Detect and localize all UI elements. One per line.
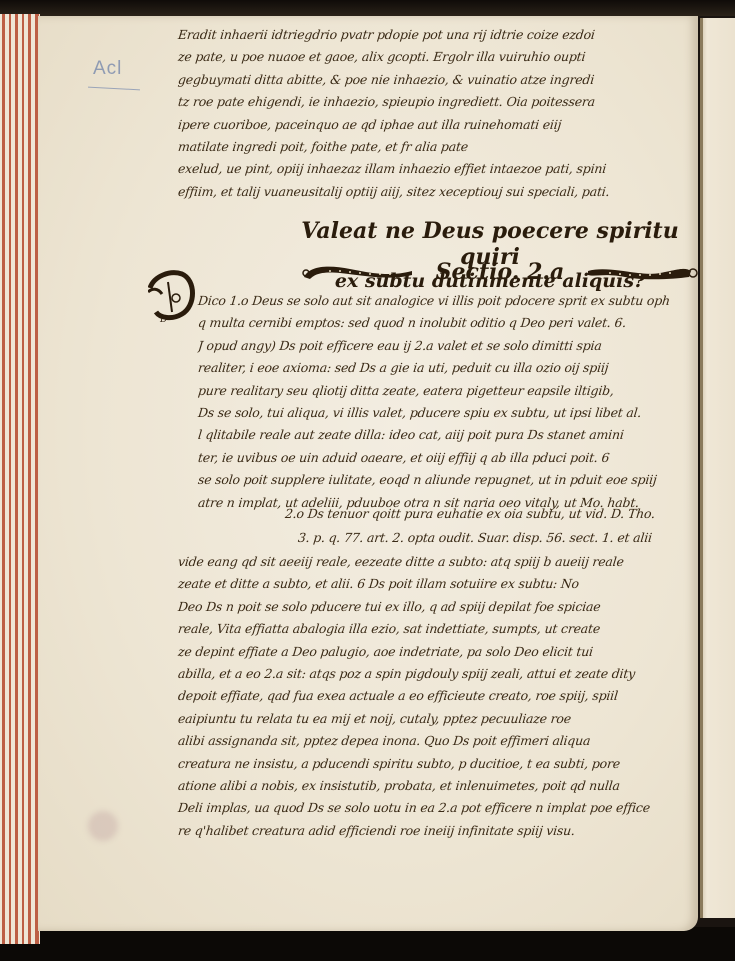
text-line: J opud angy) Ds poit efficere eau ij 2.a… [197, 335, 689, 357]
text-line: matilate ingredi poit, foithe pate, et f… [177, 136, 689, 158]
decorated-initial-d-icon: D [148, 268, 198, 324]
reference-line: 3. p. q. 77. art. 2. opta oudit. Suar. d… [298, 527, 690, 549]
text-line: gegbuymati ditta abitte, & poe nie inhae… [177, 69, 689, 91]
text-line: reale, Vita effiatta abalogia illa ezio,… [177, 618, 689, 640]
text-line: ze pate, u poe nuaoe et gaoe, alix gcopt… [177, 46, 689, 68]
section-header: Sectio. 2.a [300, 258, 700, 286]
top-paragraph: Eradit inhaerii idtriegdrio pvatr pdopie… [178, 24, 688, 203]
pencil-shelfmark: Acl [93, 58, 122, 80]
text-line: Eradit inhaerii idtriegdrio pvatr pdopie… [177, 24, 689, 46]
page-gutter [700, 18, 703, 918]
text-line: l qlitabile reale aut zeate dilla: ideo … [197, 424, 689, 446]
page-edge-line [9, 14, 11, 944]
conclusion-2: 2.o Ds tenuor qoitt pura euhatie ex oia … [285, 503, 690, 525]
scan-background-top [0, 0, 735, 16]
text-line: creatura ne insistu, a pducendi spiritu … [177, 753, 689, 775]
page-edge-line [22, 14, 24, 944]
text-line: 2.o Ds tenuor qoitt pura euhatie ex oia … [284, 503, 691, 525]
text-line: re q'halibet creatura adid efficiendi ro… [177, 820, 689, 842]
section-label: Sectio. 2.a [436, 259, 565, 285]
paper-stain [88, 811, 118, 841]
text-line: Ds se solo, tui aliqua, vi illis valet, … [197, 402, 689, 424]
facing-page-edge [700, 18, 735, 918]
page-edge-line [15, 14, 18, 944]
page-edge-line [28, 14, 31, 944]
initial-small-text: D [159, 315, 167, 324]
text-line: realiter, i eoe axioma: sed Ds a gie ia … [197, 357, 689, 379]
page-edge-line [2, 14, 5, 944]
text-line: pure realitary seu qliotij ditta zeate, … [197, 380, 689, 402]
text-line: effiim, et talij vuaneusitalij optiij ai… [177, 181, 689, 203]
left-flourish-icon [300, 263, 415, 281]
text-line: Deo Ds n poit se solo pducere tui ex ill… [177, 596, 689, 618]
text-line: atione alibi a nobis, ex insistutib, pro… [177, 775, 689, 797]
text-line: Dico 1.o Deus se solo aut sit analogice … [197, 290, 689, 312]
text-line: ipere cuoriboe, paceinquo ae qd iphae au… [177, 114, 689, 136]
text-line: alibi assignanda sit, pptez depea inona.… [177, 730, 689, 752]
text-line: ter, ie uvibus oe uin aduid oaeare, et o… [197, 447, 689, 469]
body-paragraph-1: Dico 1.o Deus se solo aut sit analogice … [198, 290, 688, 514]
text-line: se solo poit supplere iulitate, eoqd n a… [197, 469, 689, 491]
right-flourish-icon [585, 263, 700, 281]
text-line: eaipiuntu tu relata tu ea mij et noij, c… [177, 708, 689, 730]
text-line: vide eang qd sit aeeiij reale, eezeate d… [177, 551, 689, 573]
text-line: tz roe pate ehigendi, ie inhaezio, spieu… [177, 91, 689, 113]
text-line: 3. p. q. 77. art. 2. opta oudit. Suar. d… [297, 527, 691, 549]
pencil-underline [88, 87, 140, 91]
text-line: exelud, ue pint, opiij inhaezaz illam in… [177, 158, 689, 180]
body-paragraph-2: vide eang qd sit aeeiij reale, eezeate d… [178, 551, 688, 842]
text-line: zeate et ditte a subto, et alii. 6 Ds po… [177, 573, 689, 595]
text-line: depoit effiate, qad fua exea actuale a e… [177, 685, 689, 707]
text-line: Deli implas, ua quod Ds se solo uotu in … [177, 797, 689, 819]
text-line: ze depint effiate a Deo palugio, aoe ind… [177, 641, 689, 663]
scan-background-bottom [0, 927, 735, 961]
text-line: q multa cernibi emptos: sed quod n inolu… [197, 312, 689, 334]
text-line: abilla, et a eo 2.a sit: atqs poz a spin… [177, 663, 689, 685]
red-page-edges [0, 14, 40, 944]
